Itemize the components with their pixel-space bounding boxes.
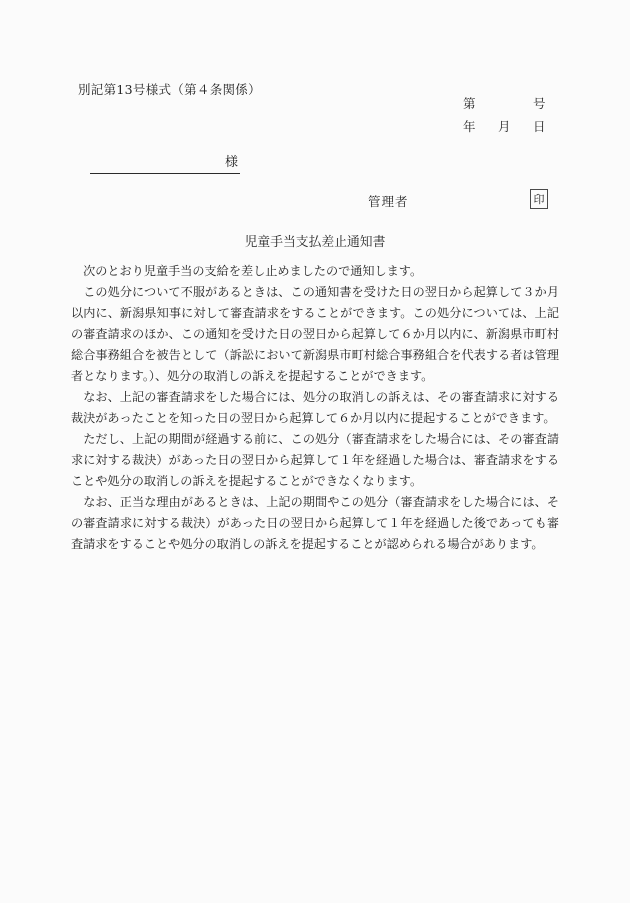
seal-label: 印 [534, 191, 545, 207]
date-day-label: 日 [533, 117, 546, 135]
seal-box: 印 [530, 189, 548, 209]
body-paragraph: なお、上記の審査請求をした場合には、処分の取消しの訴えは、その審査請求に対する裁… [71, 387, 559, 429]
body-paragraph: ただし、上記の期間が経過する前に、この処分（審査請求をした場合には、その審査請求… [71, 429, 559, 492]
addressee-blank-line: 様 [90, 154, 240, 174]
document-body: 次のとおり児童手当の支給を差し止めましたので通知します。 この処分について不服が… [71, 261, 559, 555]
body-paragraph: 次のとおり児童手当の支給を差し止めましたので通知します。 [71, 261, 559, 282]
doc-number-suffix: 号 [533, 94, 546, 112]
form-number: 別記第13号様式（第４条関係） [78, 80, 261, 98]
document-title: 児童手当支払差止通知書 [0, 231, 630, 250]
date-month-label: 月 [498, 117, 511, 135]
issuer-label: 管理者 [368, 192, 409, 210]
body-paragraph: この処分について不服があるときは、この通知書を受けた日の翌日から起算して３か月以… [71, 282, 559, 387]
date-year-label: 年 [463, 117, 476, 135]
document-page: 別記第13号様式（第４条関係） 第 号 年 月 日 様 管理者 印 児童手当支払… [0, 0, 630, 903]
body-paragraph: なお、正当な理由があるときは、上記の期間やこの処分（審査請求をした場合には、その… [71, 492, 559, 555]
addressee-suffix: 様 [225, 155, 238, 170]
doc-number-prefix: 第 [463, 94, 476, 112]
